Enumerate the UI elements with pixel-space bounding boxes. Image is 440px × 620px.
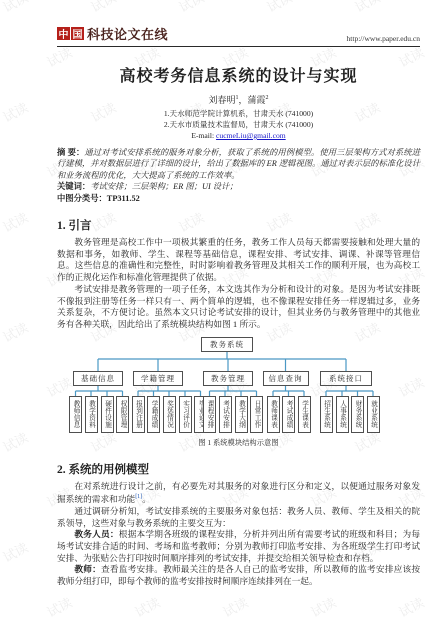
- watermark-stamp: 试读: [395, 592, 427, 620]
- figure-leaf-node: 奖惩情况: [163, 396, 176, 433]
- figure-module-diagram: 教务系统基础信息教师信息教学资料硬件设施权限管理学籍管理报到注册学籍成绩奖惩情况…: [0, 337, 440, 435]
- paper-content: 中 国 科技论文在线 http://www.paper.edu.cn 高校考务信…: [0, 0, 440, 588]
- logo-text: 科技论文在线: [87, 24, 168, 43]
- figure-caption: 图 1 系统模块结构示意图: [57, 438, 420, 448]
- email-link[interactable]: cucmeLiu@gmail.com: [216, 131, 286, 140]
- keywords-value: 考试安排；三层架构；ER 图；UI 设计；: [90, 182, 238, 191]
- section-2-paragraph: 通过调研分析知，考试安排系统的主要服务对象包括：教务人员、教师、学生及相关的院系…: [57, 506, 420, 529]
- clc-label: 中图分类号：: [57, 194, 107, 203]
- actor-lead: 教师：: [74, 564, 101, 574]
- email-label: E-mail:: [191, 131, 214, 140]
- affiliations: 1.天水师范学院计算机系，甘肃天水 (741000) 2.天水市质量技术监督局，…: [57, 109, 420, 130]
- section-2-heading: 2. 系统的用例模型: [57, 461, 420, 477]
- watermark-stamp: 试读: [307, 592, 339, 620]
- abstract-label: 摘 要：: [57, 148, 84, 157]
- site-url-link[interactable]: http://www.paper.edu.cn: [347, 34, 420, 43]
- figure-leaf-node: 教师信息: [69, 396, 82, 433]
- author-2-sup: 2: [266, 95, 269, 101]
- paper-title: 高校考务信息系统的设计与实现: [57, 63, 420, 86]
- figure-leaf-node: 考试成绩: [282, 396, 295, 433]
- figure-leaf-node: 人事系统: [336, 396, 349, 433]
- figure-leaf-node: 学籍成绩: [147, 396, 160, 433]
- figure-group-node: 信息查询: [263, 371, 309, 386]
- authors-line: 刘春明1，蒲霞2: [57, 93, 420, 106]
- actor-paragraph: 教务人员：根据本学期各班级的课程安排，分析并列出所有需要考试的班级和科目；为每场…: [57, 529, 420, 564]
- figure-group-node: 基础信息: [73, 371, 123, 386]
- figure-leaf-node: 教学资料: [85, 396, 98, 433]
- figure-leaf-node: 权限管理: [116, 396, 129, 433]
- figure-leaf-node: 学生课表: [298, 396, 311, 433]
- figure-leaf-node: 教学大纲: [235, 396, 248, 433]
- figure-group-node: 学籍管理: [133, 371, 183, 386]
- clc-line: 中图分类号：TP311.52: [57, 193, 420, 204]
- figure-leaf-node: 课程安排: [203, 396, 216, 433]
- figure-leaf-node: 硬件设施: [101, 396, 114, 433]
- site-logo: 中 国 科技论文在线: [57, 24, 168, 43]
- abstract-text: 通过对考试安排系统的服务对象分析，获取了系统的用例模型。使用三层架构方式对系统进…: [57, 148, 420, 180]
- figure-leaf-node: 招生系统: [320, 396, 333, 433]
- section-1-paragraph: 教务管理是高校工作中一项极其繁重的任务，教务工作人员每天都需要接触和处理大量的数…: [57, 237, 420, 284]
- watermark-stamp: 试读: [131, 592, 163, 620]
- figure-leaf-node: 报到注册: [132, 396, 145, 433]
- keywords-label: 关键词：: [57, 182, 90, 191]
- figure-leaf-node: 就业系统: [367, 396, 380, 433]
- affiliation-1: 1.天水师范学院计算机系，甘肃天水 (741000): [57, 109, 420, 120]
- figure-leaf-node: 考试安排: [219, 396, 232, 433]
- page-number: - 1 -: [0, 575, 440, 584]
- section-1-paragraph: 考试安排是教务管理的一项子任务，本文选其作为分析和设计的对象。是因为考试安排既不…: [57, 284, 420, 331]
- keywords-line: 关键词：考试安排；三层架构；ER 图；UI 设计；: [57, 181, 420, 192]
- clc-value: TP311.52: [107, 194, 140, 203]
- header-rule: [57, 46, 420, 47]
- logo-block-icon: 中: [57, 27, 70, 40]
- affiliation-2: 2.天水市质量技术监督局，甘肃天水 (741000): [57, 120, 420, 131]
- figure-root-node: 教务系统: [201, 337, 253, 352]
- abstract: 摘 要：通过对考试安排系统的服务对象分析，获取了系统的用例模型。使用三层架构方式…: [57, 147, 420, 181]
- figure-leaf-node: 财务系统: [351, 396, 364, 433]
- author-1: 刘春明: [208, 95, 235, 105]
- figure-group-node: 教务管理: [203, 371, 253, 386]
- logo-block-icon: 国: [71, 27, 84, 40]
- section-2-paragraph: 在对系统进行设计之前，有必要先对其服务的对象进行区分和定义，以便通过服务对象发掘…: [57, 481, 420, 506]
- figure-leaf-node: 日常工作: [250, 396, 263, 433]
- figure-group-node: 系统接口: [320, 371, 372, 386]
- figure-leaf-node: 实习评价: [179, 396, 192, 433]
- figure-leaf-node: 教师课表: [267, 396, 280, 433]
- authors-separator: ，: [238, 95, 247, 105]
- actor-lead: 教务人员：: [74, 529, 118, 539]
- email-line: E-mail: cucmeLiu@gmail.com: [57, 131, 420, 140]
- section-1-heading: 1. 引言: [57, 217, 420, 233]
- watermark-stamp: 试读: [43, 592, 75, 620]
- paragraph-tail: 。: [142, 494, 151, 504]
- paper-page: 试读试读试读试读试读试读试读试读试读试读试读试读试读试读试读试读试读试读试读试读…: [0, 0, 440, 620]
- watermark-stamp: 试读: [219, 592, 251, 620]
- author-2: 蒲霞: [248, 95, 266, 105]
- site-header: 中 国 科技论文在线 http://www.paper.edu.cn: [57, 24, 420, 43]
- paragraph-text: 在对系统进行设计之前，有必要先对其服务的对象进行区分和定义，以便通过服务对象发掘…: [57, 481, 420, 505]
